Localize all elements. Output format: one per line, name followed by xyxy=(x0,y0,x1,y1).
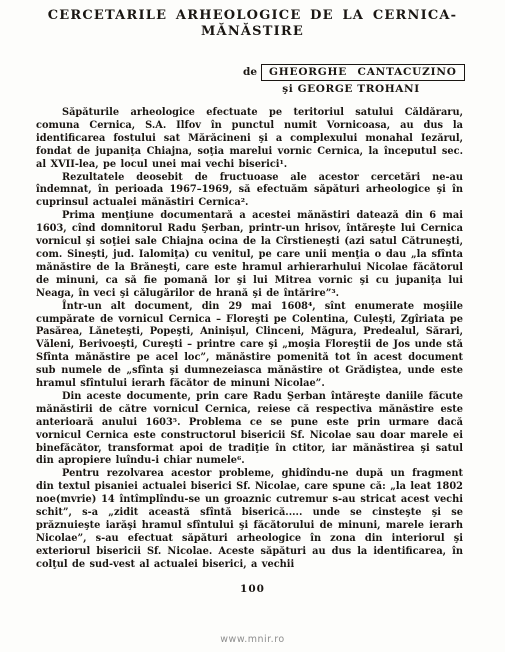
article-title-line2: MĂNĂSTIRE xyxy=(0,24,505,40)
body-paragraph-4: Într-un alt document, din 29 mai 1608⁴, … xyxy=(36,301,463,391)
article-title: CERCETARILE ARHEOLOGICE DE LA CERNICA- M… xyxy=(0,8,505,40)
byline-conjunction: şi xyxy=(282,83,293,95)
body-paragraph-5: Din aceste documente, prin care Radu Şer… xyxy=(36,391,463,468)
byline: deGHEORGHE CANTACUZINO xyxy=(243,64,465,81)
author-name-boxed: GHEORGHE CANTACUZINO xyxy=(261,64,465,81)
byline-second: şi GEORGE TROHANI xyxy=(253,83,449,95)
byline-prefix: de xyxy=(243,66,257,78)
body-paragraph-2: Rezultatele deosebit de fructuoase ale a… xyxy=(36,172,463,211)
article-title-line1: CERCETARILE ARHEOLOGICE DE LA CERNICA- xyxy=(0,8,505,24)
website-watermark: www.mnir.ro xyxy=(0,634,505,645)
body-paragraph-1: Săpăturile arheologice efectuate pe teri… xyxy=(36,107,463,172)
body-paragraph-6: Pentru rezolvarea acestor probleme, ghid… xyxy=(36,468,463,571)
article-body: Săpăturile arheologice efectuate pe teri… xyxy=(36,107,463,572)
body-paragraph-3: Prima menţiune documentară a acestei măn… xyxy=(36,210,463,300)
page-number: 100 xyxy=(0,583,505,595)
author-name-second: GEORGE TROHANI xyxy=(298,83,420,95)
scanned-page: CERCETARILE ARHEOLOGICE DE LA CERNICA- M… xyxy=(0,0,505,652)
